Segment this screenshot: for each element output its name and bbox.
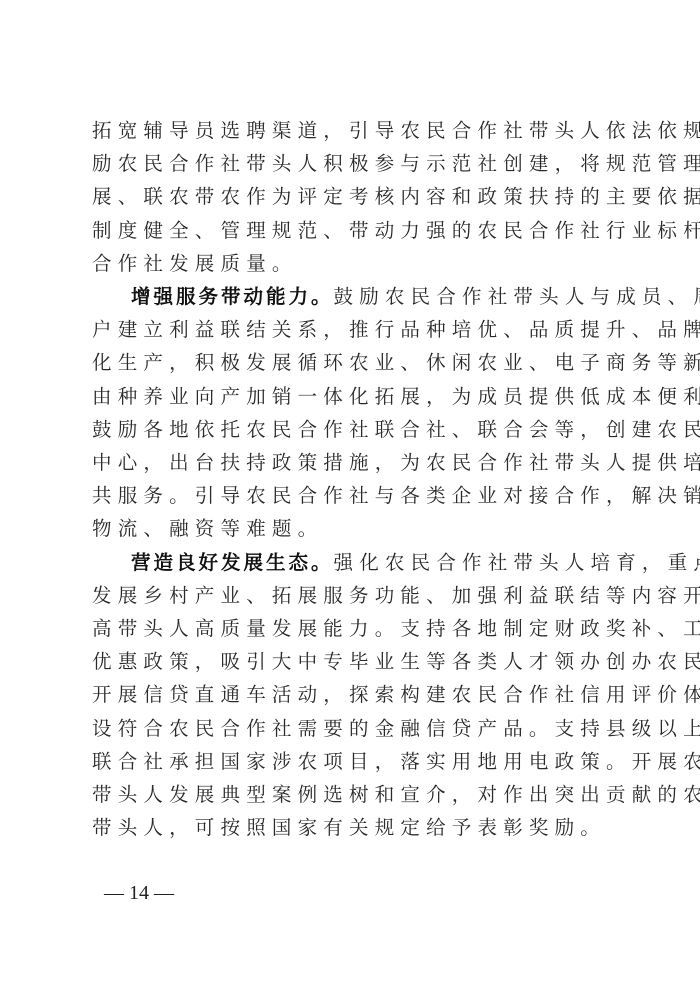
paragraph-3: 营造良好发展生态。强化农民合作社带头人培育，重点围绕 发展乡村产业、拓展服务功能… <box>92 546 612 845</box>
text-line: 优惠政策，吸引大中专毕业生等各类人才领办创办农民合作社。 <box>92 645 612 678</box>
text-line: 户建立利益联结关系，推行品种培优、品质提升、品牌打造和标准 <box>92 313 612 346</box>
text-line: 制度健全、管理规范、带动力强的农民合作社行业标杆，提升农民 <box>92 214 612 247</box>
text-line: 物流、融资等难题。 <box>92 512 612 545</box>
paragraph-2: 增强服务带动能力。鼓励农民合作社带头人与成员、周边农 户建立利益联结关系，推行品… <box>92 280 612 546</box>
text-run: 鼓励农民合作社带头人与成员、周边农 <box>334 285 700 308</box>
document-page: 拓宽辅导员选聘渠道，引导农民合作社带头人依法依规办社。鼓 励农民合作社带头人积极… <box>92 114 612 844</box>
text-run: 强化农民合作社带头人培育，重点围绕 <box>334 551 700 574</box>
page-number: — 14 — <box>104 882 174 905</box>
text-line: 合作社发展质量。 <box>92 247 612 280</box>
text-line: 设符合农民合作社需要的金融信贷产品。支持县级以上示范社、 <box>92 712 612 745</box>
paragraph-1: 拓宽辅导员选聘渠道，引导农民合作社带头人依法依规办社。鼓 励农民合作社带头人积极… <box>92 114 612 280</box>
text-line: 增强服务带动能力。鼓励农民合作社带头人与成员、周边农 <box>92 280 612 313</box>
text-line: 高带头人高质量发展能力。支持各地制定财政奖补、工资补贴等 <box>92 612 612 645</box>
text-line: 中心，出台扶持政策措施，为农民合作社带头人提供培育孵化和公 <box>92 446 612 479</box>
text-line: 化生产，积极发展循环农业、休闲农业、电子商务等新产业新业态， <box>92 346 612 379</box>
text-line: 展、联农带农作为评定考核内容和政策扶持的主要依据，培育一批 <box>92 180 612 213</box>
text-line: 发展乡村产业、拓展服务功能、加强利益联结等内容开展培训，提 <box>92 579 612 612</box>
text-line: 联合社承担国家涉农项目，落实用地用电政策。开展农民合作社 <box>92 745 612 778</box>
text-line: 营造良好发展生态。强化农民合作社带头人培育，重点围绕 <box>92 546 612 579</box>
text-line: 拓宽辅导员选聘渠道，引导农民合作社带头人依法依规办社。鼓 <box>92 114 612 147</box>
section-heading: 营造良好发展生态。 <box>131 551 334 574</box>
text-line: 共服务。引导农民合作社与各类企业对接合作，解决销售、品牌、 <box>92 479 612 512</box>
text-line: 由种养业向产加销一体化拓展，为成员提供低成本便利化服务。 <box>92 380 612 413</box>
text-line: 鼓励各地依托农民合作社联合社、联合会等，创建农民合作社服务 <box>92 413 612 446</box>
text-line: 带头人发展典型案例选树和宣介，对作出突出贡献的农民合作社 <box>92 778 612 811</box>
section-heading: 增强服务带动能力。 <box>131 285 334 308</box>
text-line: 励农民合作社带头人积极参与示范社创建，将规范管理、创新发 <box>92 147 612 180</box>
text-line: 开展信贷直通车活动，探索构建农民合作社信用评价体系，鼓励创 <box>92 678 612 711</box>
text-line: 带头人，可按照国家有关规定给予表彰奖励。 <box>92 811 612 844</box>
